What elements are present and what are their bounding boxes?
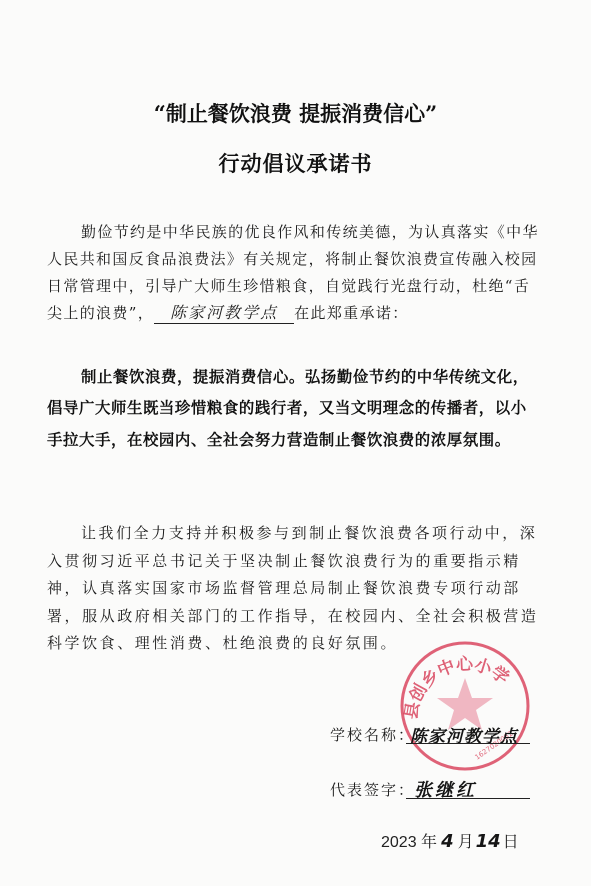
commitment-text: 制止餐饮浪费，提振消费信心。弘扬勤俭节约的中华传统文化，倡导广大师生既当珍惜粮食…	[47, 368, 529, 449]
document-subtitle: 行动倡议承诺书	[0, 148, 591, 178]
representative-label: 代表签字：	[330, 779, 415, 800]
intro-closing: 在此郑重承诺：	[294, 304, 408, 322]
paragraph-intro: 勤俭节约是中华民族的优良作风和传统美德，为认真落实《中华人民共和国反食品浪费法》…	[47, 219, 541, 327]
date-day: 14	[476, 831, 501, 852]
date-month: 4	[441, 831, 454, 852]
school-name-underline	[406, 743, 530, 744]
document-title: “制止餐饮浪费 提振消费信心”	[0, 98, 591, 128]
handwritten-school-fill: 陈家河教学点	[154, 303, 294, 324]
official-seal-stamp: 县创乡中心小学 1627020052	[399, 640, 531, 772]
representative-underline	[406, 798, 530, 799]
date-year-unit: 年	[421, 834, 437, 851]
date-year: 2023	[381, 834, 417, 851]
signing-date: 2023 年4月14日	[381, 829, 519, 852]
date-day-unit: 日	[503, 834, 519, 851]
paragraph-action: 让我们全力支持并积极参与到制止餐饮浪费各项行动中，深入贯彻习近平总书记关于坚决制…	[47, 520, 541, 658]
action-text: 让我们全力支持并积极参与到制止餐饮浪费各项行动中，深入贯彻习近平总书记关于坚决制…	[47, 524, 538, 652]
school-name-label: 学校名称：	[330, 724, 415, 745]
date-month-unit: 月	[458, 834, 474, 851]
paragraph-commitment: 制止餐饮浪费，提振消费信心。弘扬勤俭节约的中华传统文化，倡导广大师生既当珍惜粮食…	[47, 362, 541, 456]
